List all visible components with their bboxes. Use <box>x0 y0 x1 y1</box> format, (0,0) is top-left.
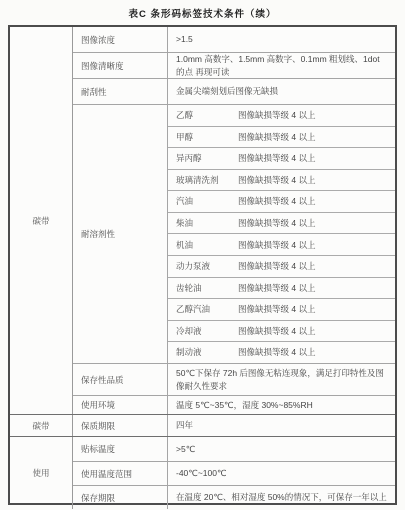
solvent-row: 柴油 图像缺损等级 4 以上 <box>168 212 395 234</box>
property-cell: 使用环境 <box>73 396 167 414</box>
section-label-cell: 使用 <box>10 437 72 509</box>
solvent-row: 制动液 图像缺损等级 4 以上 <box>168 341 395 363</box>
value-cell: 四年 <box>167 415 395 436</box>
table-row: 贴标温度 >5℃ <box>73 437 395 461</box>
solvent-row: 汽油 图像缺损等级 4 以上 <box>168 190 395 212</box>
property-cell: 耐刮性 <box>73 79 167 104</box>
solvent-row: 机油 图像缺损等级 4 以上 <box>168 233 395 255</box>
section-ribbon-shelf-life: 碳带 保质期限 四年 <box>10 414 395 436</box>
solvent-name: 汽油 <box>168 195 238 207</box>
solvent-subtable: 乙醇 图像缺损等级 4 以上 甲醇 图像缺损等级 4 以上 异丙醇 图像缺损等级… <box>167 105 395 363</box>
section-usage: 使用 贴标温度 >5℃ 使用温度范围 -40℃~100℃ 保存期限 在温度 20… <box>10 436 395 509</box>
solvent-result: 图像缺损等级 4 以上 <box>238 325 395 337</box>
solvent-result: 图像缺损等级 4 以上 <box>238 346 395 358</box>
table-row: 使用环境 温度 5℃~35℃，湿度 30%~85%RH <box>73 395 395 414</box>
property-cell: 保存期限 <box>73 486 167 509</box>
property-cell: 图像浓度 <box>73 27 167 52</box>
page-title: 表C 条形码标签技术条件（续） <box>0 6 405 20</box>
solvent-name: 玻璃清洗剂 <box>168 174 238 186</box>
solvent-row: 冷却液 图像缺损等级 4 以上 <box>168 320 395 342</box>
solvent-result: 图像缺损等级 4 以上 <box>238 239 395 251</box>
table-row: 耐刮性 金属尖端刻划后图像无缺损 <box>73 78 395 104</box>
solvent-name: 乙醇 <box>168 109 238 121</box>
solvent-result: 图像缺损等级 4 以上 <box>238 174 395 186</box>
solvent-result: 图像缺损等级 4 以上 <box>238 131 395 143</box>
value-cell: >5℃ <box>167 437 395 461</box>
solvent-resistance-row: 耐溶剂性 乙醇 图像缺损等级 4 以上 甲醇 图像缺损等级 4 以上 异丙醇 图… <box>73 104 395 363</box>
solvent-name: 齿轮油 <box>168 282 238 294</box>
section-label-cell: 碳带 <box>10 415 72 436</box>
solvent-result: 图像缺损等级 4 以上 <box>238 282 395 294</box>
solvent-row: 齿轮油 图像缺损等级 4 以上 <box>168 277 395 299</box>
value-cell: 1.0mm 高数字、1.5mm 高数字、0.1mm 粗划线、1dot 的点 再现… <box>167 53 395 78</box>
section-ribbon-properties: 碳带 图像浓度 >1.5 图像清晰度 1.0mm 高数字、1.5mm 高数字、0… <box>10 27 395 414</box>
property-cell: 保质期限 <box>73 415 167 436</box>
solvent-name: 机油 <box>168 239 238 251</box>
spec-table: 碳带 图像浓度 >1.5 图像清晰度 1.0mm 高数字、1.5mm 高数字、0… <box>8 25 397 505</box>
value-cell: 在温度 20℃、相对湿度 50%的情况下，可保存一年以上 <box>167 486 395 509</box>
property-cell: 保存性品质 <box>73 364 167 395</box>
solvent-result: 图像缺损等级 4 以上 <box>238 152 395 164</box>
solvent-result: 图像缺损等级 4 以上 <box>238 109 395 121</box>
solvent-row: 乙醇 图像缺损等级 4 以上 <box>168 105 395 126</box>
solvent-row: 异丙醇 图像缺损等级 4 以上 <box>168 147 395 169</box>
solvent-result: 图像缺损等级 4 以上 <box>238 260 395 272</box>
property-cell: 使用温度范围 <box>73 462 167 485</box>
value-cell: 50℃下保存 72h 后图像无粘连现象，满足打印特性及图像耐久性要求 <box>167 364 395 395</box>
solvent-row: 玻璃清洗剂 图像缺损等级 4 以上 <box>168 169 395 191</box>
table-row: 保存性品质 50℃下保存 72h 后图像无粘连现象，满足打印特性及图像耐久性要求 <box>73 363 395 395</box>
solvent-name: 制动液 <box>168 346 238 358</box>
table-row: 保存期限 在温度 20℃、相对湿度 50%的情况下，可保存一年以上 <box>73 485 395 509</box>
solvent-name: 动力泵液 <box>168 260 238 272</box>
solvent-row: 甲醇 图像缺损等级 4 以上 <box>168 126 395 148</box>
table-row: 图像浓度 >1.5 <box>73 27 395 52</box>
property-cell: 图像清晰度 <box>73 53 167 78</box>
table-row: 图像清晰度 1.0mm 高数字、1.5mm 高数字、0.1mm 粗划线、1dot… <box>73 52 395 78</box>
solvent-row: 动力泵液 图像缺损等级 4 以上 <box>168 255 395 277</box>
solvent-name: 乙醇汽油 <box>168 303 238 315</box>
value-cell: 温度 5℃~35℃，湿度 30%~85%RH <box>167 396 395 414</box>
value-cell: 金属尖端刻划后图像无缺损 <box>167 79 395 104</box>
solvent-name: 冷却液 <box>168 325 238 337</box>
solvent-name: 柴油 <box>168 217 238 229</box>
table-row: 保质期限 四年 <box>73 415 395 436</box>
solvent-result: 图像缺损等级 4 以上 <box>238 217 395 229</box>
property-cell: 贴标温度 <box>73 437 167 461</box>
section-label-cell: 碳带 <box>10 27 72 414</box>
table-row: 使用温度范围 -40℃~100℃ <box>73 461 395 485</box>
solvent-name: 异丙醇 <box>168 152 238 164</box>
solvent-result: 图像缺损等级 4 以上 <box>238 195 395 207</box>
solvent-name: 甲醇 <box>168 131 238 143</box>
property-cell: 耐溶剂性 <box>73 105 167 363</box>
value-cell: >1.5 <box>167 27 395 52</box>
solvent-row: 乙醇汽油 图像缺损等级 4 以上 <box>168 298 395 320</box>
value-cell: -40℃~100℃ <box>167 462 395 485</box>
solvent-result: 图像缺损等级 4 以上 <box>238 303 395 315</box>
